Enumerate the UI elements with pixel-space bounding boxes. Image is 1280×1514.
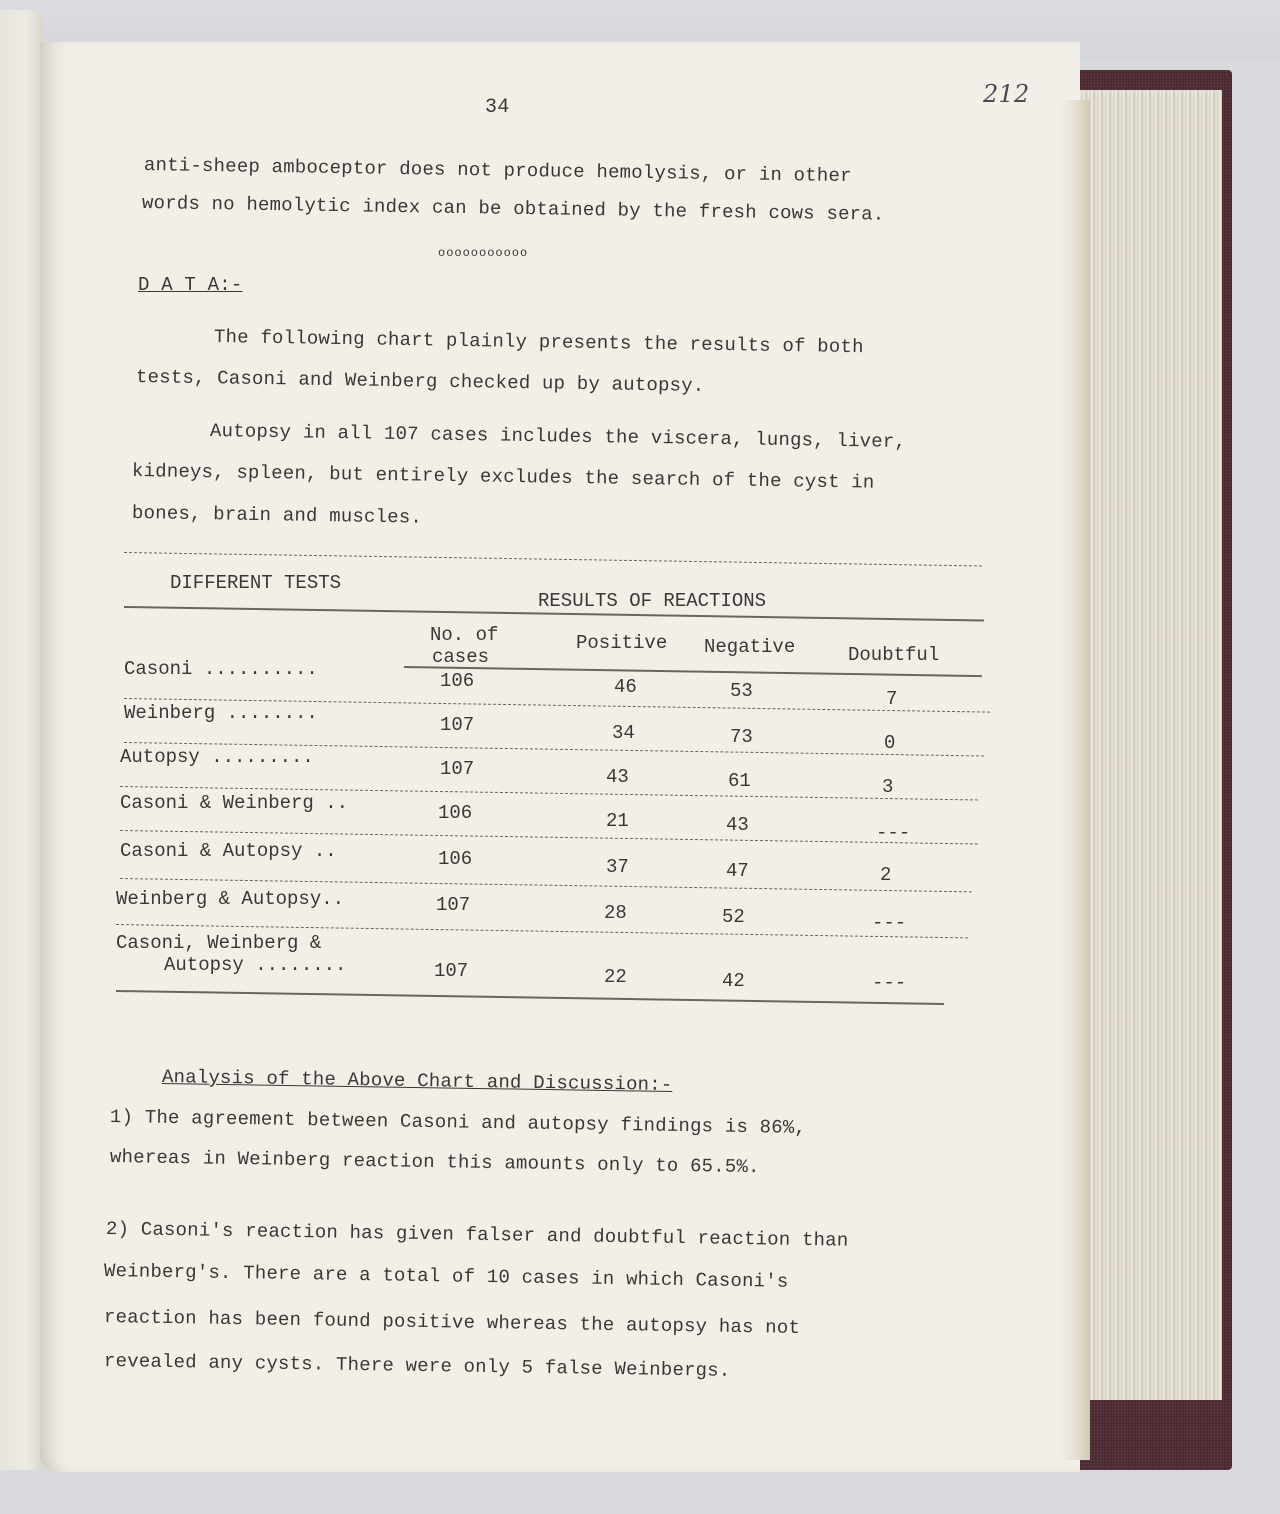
row-doubtful: 0 <box>884 732 895 754</box>
analysis-line: revealed any cysts. There were only 5 fa… <box>104 1350 731 1382</box>
header-positive: Positive <box>576 632 667 654</box>
header-results-of-reactions: RESULTS OF REACTIONS <box>538 590 766 612</box>
paragraph-line: The following chart plainly presents the… <box>214 326 864 358</box>
row-negative: 61 <box>728 770 751 792</box>
row-doubtful: 3 <box>882 776 893 798</box>
row-negative: 43 <box>726 814 749 836</box>
header-doubtful: Doubtful <box>848 644 939 666</box>
header-negative: Negative <box>704 636 795 658</box>
row-cases: 107 <box>440 758 474 780</box>
row-positive: 21 <box>606 810 629 832</box>
analysis-line: 1) The agreement between Casoni and auto… <box>110 1106 806 1139</box>
paragraph-line: bones, brain and muscles. <box>132 502 422 529</box>
handwritten-folio-number: 212 <box>983 80 1029 108</box>
row-negative: 47 <box>726 860 749 882</box>
row-test-line1: Casoni, Weinberg & <box>116 932 321 954</box>
paragraph-line: Autopsy in all 107 cases includes the vi… <box>210 420 906 453</box>
row-test: Weinberg ........ <box>124 702 318 724</box>
page-edge-curl <box>1060 100 1090 1460</box>
row-test: Weinberg & Autopsy.. <box>116 888 344 910</box>
table-rule <box>116 990 944 1005</box>
row-doubtful: --- <box>872 972 906 994</box>
intro-line: anti-sheep amboceptor does not produce h… <box>144 154 852 187</box>
row-negative: 42 <box>722 970 745 992</box>
row-negative: 53 <box>730 680 753 702</box>
paragraph-line: tests, Casoni and Weinberg checked up by… <box>136 366 705 397</box>
document-page: 34 212 anti-sheep amboceptor does not pr… <box>40 42 1080 1472</box>
section-ornament: ooooooooooo <box>438 246 528 260</box>
row-test-line2: Autopsy ........ <box>164 954 346 976</box>
row-doubtful: --- <box>876 822 910 844</box>
data-heading: D A T A:- <box>138 274 242 296</box>
analysis-line: whereas in Weinberg reaction this amount… <box>110 1146 760 1178</box>
row-positive: 22 <box>604 966 627 988</box>
analysis-heading: Analysis of the Above Chart and Discussi… <box>162 1066 673 1096</box>
analysis-line: 2) Casoni's reaction has given falser an… <box>106 1218 849 1252</box>
analysis-line: reaction has been found positive whereas… <box>104 1306 800 1339</box>
paragraph-line: kidneys, spleen, but entirely excludes t… <box>132 460 875 494</box>
row-test: Autopsy ......... <box>120 746 314 768</box>
row-test: Casoni .......... <box>124 658 318 680</box>
row-positive: 43 <box>606 766 629 788</box>
row-cases: 107 <box>440 714 474 736</box>
row-doubtful: --- <box>872 912 906 934</box>
row-cases: 106 <box>438 802 472 824</box>
header-different-tests: DIFFERENT TESTS <box>170 572 341 594</box>
row-cases: 107 <box>436 894 470 916</box>
row-positive: 46 <box>614 676 637 698</box>
row-positive: 28 <box>604 902 627 924</box>
table-rule <box>404 666 982 677</box>
header-cases-line1: No. of <box>430 624 498 646</box>
table-rule <box>124 552 982 566</box>
row-doubtful: 2 <box>880 864 891 886</box>
page-block-edges <box>1072 90 1222 1400</box>
row-positive: 34 <box>612 722 635 744</box>
row-negative: 52 <box>722 906 745 928</box>
row-cases: 107 <box>434 960 468 982</box>
row-test: Casoni & Weinberg .. <box>120 792 348 814</box>
intro-line: words no hemolytic index can be obtained… <box>142 192 885 226</box>
page-number: 34 <box>485 96 509 119</box>
row-cases: 106 <box>440 670 474 692</box>
row-doubtful: 7 <box>886 688 897 710</box>
row-negative: 73 <box>730 726 753 748</box>
header-cases-line2: cases <box>432 646 489 668</box>
left-page-edge <box>0 10 44 1470</box>
row-test: Casoni & Autopsy .. <box>120 840 337 862</box>
analysis-line: Weinberg's. There are a total of 10 case… <box>104 1260 789 1293</box>
row-positive: 37 <box>606 856 629 878</box>
row-cases: 106 <box>438 848 472 870</box>
